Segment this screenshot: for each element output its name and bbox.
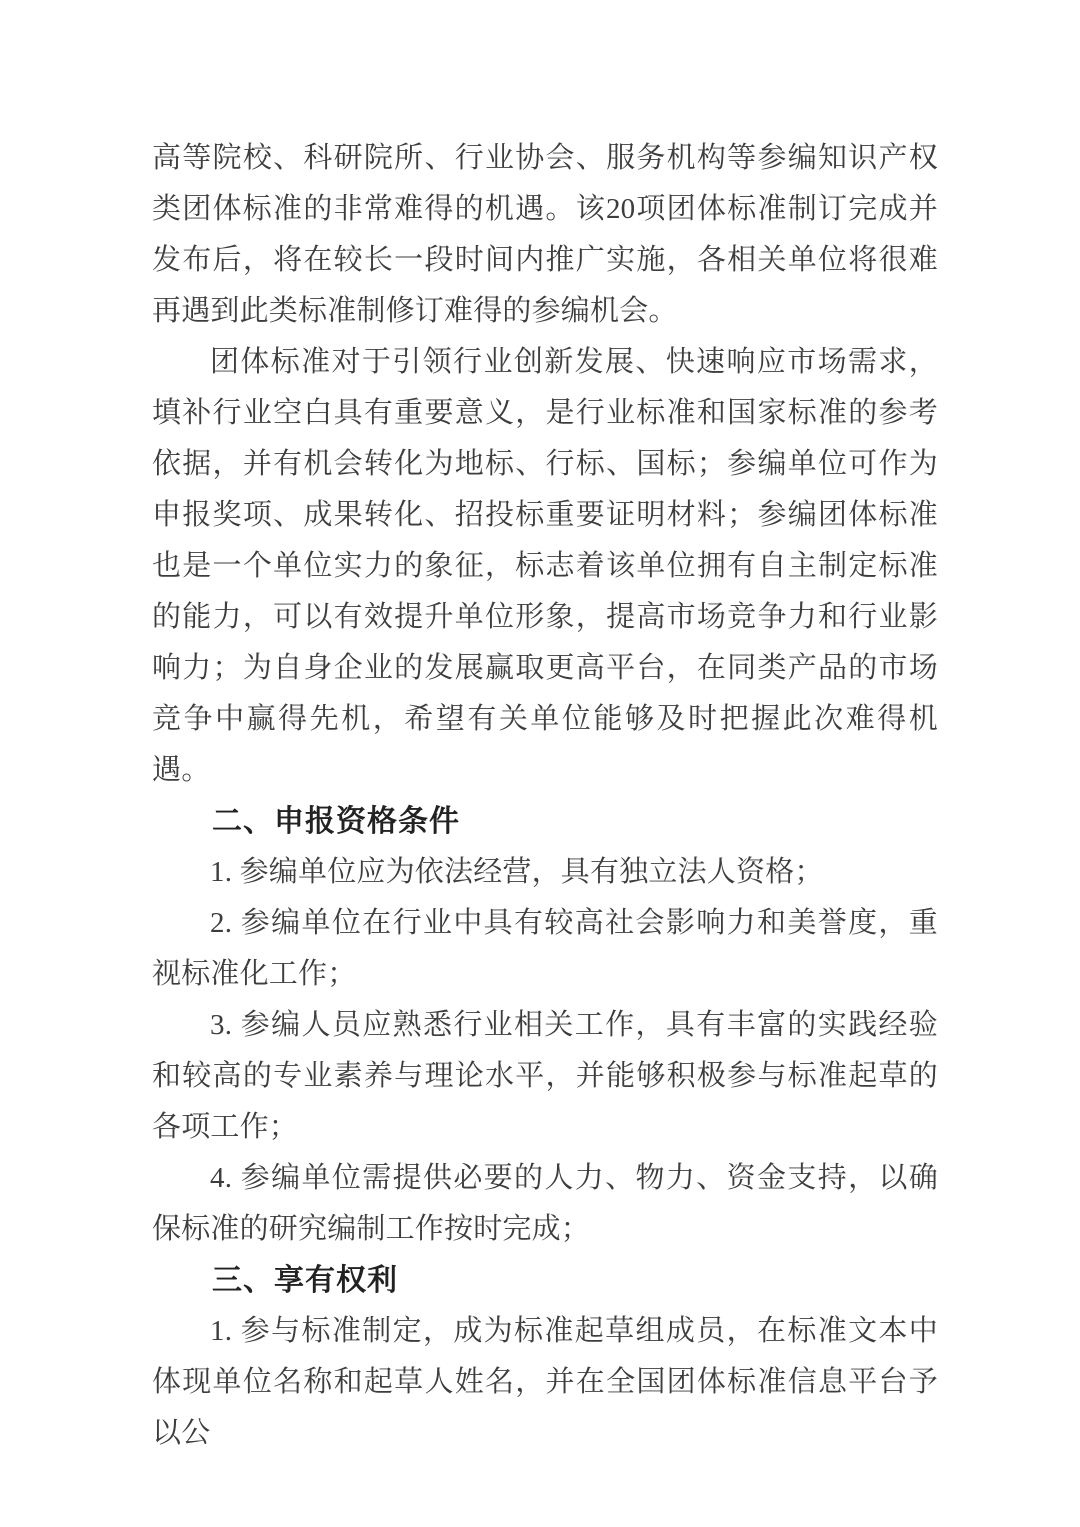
paragraph: 3. 参编人员应熟悉行业相关工作，具有丰富的实践经验和较高的专业素养与理论水平，…: [152, 1000, 938, 1153]
paragraph: 团体标准对于引领行业创新发展、快速响应市场需求，填补行业空白具有重要意义，是行业…: [152, 337, 938, 796]
section-heading: 二、申报资格条件: [152, 796, 938, 847]
paragraph: 1. 参编单位应为依法经营，具有独立法人资格；: [152, 847, 938, 898]
paragraph: 4. 参编单位需提供必要的人力、物力、资金支持，以确保标准的研究编制工作按时完成…: [152, 1153, 938, 1255]
paragraph: 高等院校、科研院所、行业协会、服务机构等参编知识产权类团体标准的非常难得的机遇。…: [152, 133, 938, 337]
document-content: 高等院校、科研院所、行业协会、服务机构等参编知识产权类团体标准的非常难得的机遇。…: [152, 133, 938, 1459]
document-page: 高等院校、科研院所、行业协会、服务机构等参编知识产权类团体标准的非常难得的机遇。…: [0, 0, 1080, 1527]
paragraph: 2. 参编单位在行业中具有较高社会影响力和美誉度，重视标准化工作；: [152, 898, 938, 1000]
section-heading: 三、享有权利: [152, 1255, 938, 1306]
paragraph: 1. 参与标准制定，成为标准起草组成员，在标准文本中体现单位名称和起草人姓名，并…: [152, 1306, 938, 1459]
